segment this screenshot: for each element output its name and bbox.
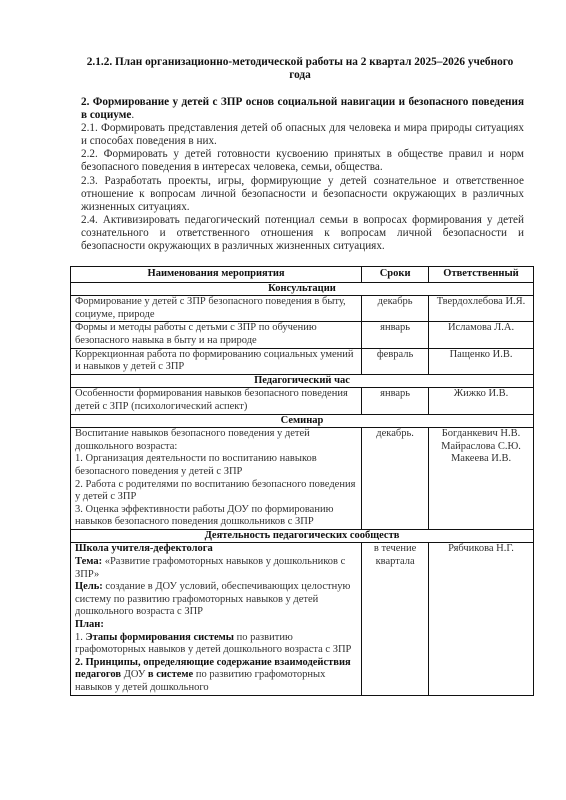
document-title: 2.1.2. План организационно-методической … xyxy=(78,56,522,82)
event-name: Школа учителя-дефектолога Тема: «Развити… xyxy=(71,543,362,695)
section-title: Семинар xyxy=(71,414,534,428)
goal-text: создание в ДОУ условий, обеспечивающих ц… xyxy=(75,581,350,617)
event-name: Воспитание навыков безопасного поведения… xyxy=(71,428,362,530)
intro-item-2-1: 2.1. Формировать представления детей об … xyxy=(81,122,524,148)
header-term: Сроки xyxy=(362,267,429,283)
event-responsible: Твердохлебова И.Я. xyxy=(429,296,534,322)
section-title: Деятельность педагогических сообществ xyxy=(71,529,534,543)
event-responsible: Жижко И.В. xyxy=(429,388,534,414)
plan-item-2-mid: ДОУ xyxy=(121,669,148,680)
seminar-line: 1. Организация деятельности по воспитани… xyxy=(75,453,357,478)
topic-line: Тема: «Развитие графомоторных навыков у … xyxy=(75,556,357,581)
table-row: Формирование у детей с ЗПР безопасного п… xyxy=(71,296,534,322)
intro-lead: 2. Формирование у детей с ЗПР основ соци… xyxy=(81,96,524,122)
responsible-name: Майраслова С.Ю. xyxy=(433,441,529,454)
event-name: Коррекционная работа по формированию соц… xyxy=(71,348,362,374)
section-row-consultations: Консультации xyxy=(71,282,534,296)
event-term: в течение квартала xyxy=(362,543,429,695)
table-row: Коррекционная работа по формированию соц… xyxy=(71,348,534,374)
intro-item-2-3: 2.3. Разработать проекты, игры, формирую… xyxy=(81,175,524,214)
school-title: Школа учителя-дефектолога xyxy=(75,543,357,556)
responsible-name: Богданкевич Н.В. xyxy=(433,428,529,441)
intro-item-2-2: 2.2. Формировать у детей готовности кусв… xyxy=(81,148,524,174)
plan-item-1: 1. Этапы формирования системы по развити… xyxy=(75,632,357,657)
event-responsible: Рябчикова Н.Г. xyxy=(429,543,534,695)
plan-item-2-bold2: в системе xyxy=(148,669,193,680)
section-title: Консультации xyxy=(71,282,534,296)
event-responsible: Пащенко И.В. xyxy=(429,348,534,374)
seminar-line: Воспитание навыков безопасного поведения… xyxy=(75,428,357,453)
event-responsible: Исламова Л.А. xyxy=(429,322,534,348)
plan-table: Наименования мероприятия Сроки Ответстве… xyxy=(70,266,534,696)
seminar-line: 2. Работа с родителями по воспитанию без… xyxy=(75,479,357,504)
event-name: Формирование у детей с ЗПР безопасного п… xyxy=(71,296,362,322)
section-row-seminar: Семинар xyxy=(71,414,534,428)
table-header-row: Наименования мероприятия Сроки Ответстве… xyxy=(71,267,534,283)
plan-item-2-num: 2. xyxy=(75,657,86,668)
event-term: январь xyxy=(362,388,429,414)
goal-line: Цель: создание в ДОУ условий, обеспечива… xyxy=(75,581,357,619)
goal-label: Цель: xyxy=(75,581,103,592)
document-page: 2.1.2. План организационно-методической … xyxy=(0,0,566,800)
plan-item-1-num: 1. xyxy=(75,632,86,643)
topic-text: «Развитие графомоторных навыков у дошкол… xyxy=(75,556,345,580)
section-title: Педагогический час xyxy=(71,374,534,388)
section-row-pedagogical-hour: Педагогический час xyxy=(71,374,534,388)
table-row: Школа учителя-дефектолога Тема: «Развити… xyxy=(71,543,534,695)
intro-item-2-4: 2.4. Активизировать педагогический потен… xyxy=(81,214,524,253)
intro-block: 2. Формирование у детей с ЗПР основ соци… xyxy=(81,96,524,253)
plan-item-1-bold: Этапы формирования системы xyxy=(86,632,234,643)
event-name: Формы и методы работы с детьми с ЗПР по … xyxy=(71,322,362,348)
table-row: Воспитание навыков безопасного поведения… xyxy=(71,428,534,530)
event-name: Особенности формирования навыков безопас… xyxy=(71,388,362,414)
event-term: февраль xyxy=(362,348,429,374)
plan-label: План: xyxy=(75,619,357,632)
intro-lead-bold: 2. Формирование у детей с ЗПР основ соци… xyxy=(81,96,524,121)
seminar-line: 3. Оценка эффективности работы ДОУ по фо… xyxy=(75,504,357,529)
header-event-name: Наименования мероприятия xyxy=(71,267,362,283)
plan-item-2: 2. Принципы, определяющие содержание вза… xyxy=(75,657,357,695)
event-term: декабрь xyxy=(362,296,429,322)
responsible-name: Макеева И.В. xyxy=(433,453,529,466)
event-responsible: Богданкевич Н.В. Майраслова С.Ю. Макеева… xyxy=(429,428,534,530)
intro-lead-end: . xyxy=(131,109,134,121)
table-row: Особенности формирования навыков безопас… xyxy=(71,388,534,414)
header-responsible: Ответственный xyxy=(429,267,534,283)
table-row: Формы и методы работы с детьми с ЗПР по … xyxy=(71,322,534,348)
section-row-communities: Деятельность педагогических сообществ xyxy=(71,529,534,543)
topic-label: Тема: xyxy=(75,556,102,567)
event-term: январь xyxy=(362,322,429,348)
event-term: декабрь. xyxy=(362,428,429,530)
